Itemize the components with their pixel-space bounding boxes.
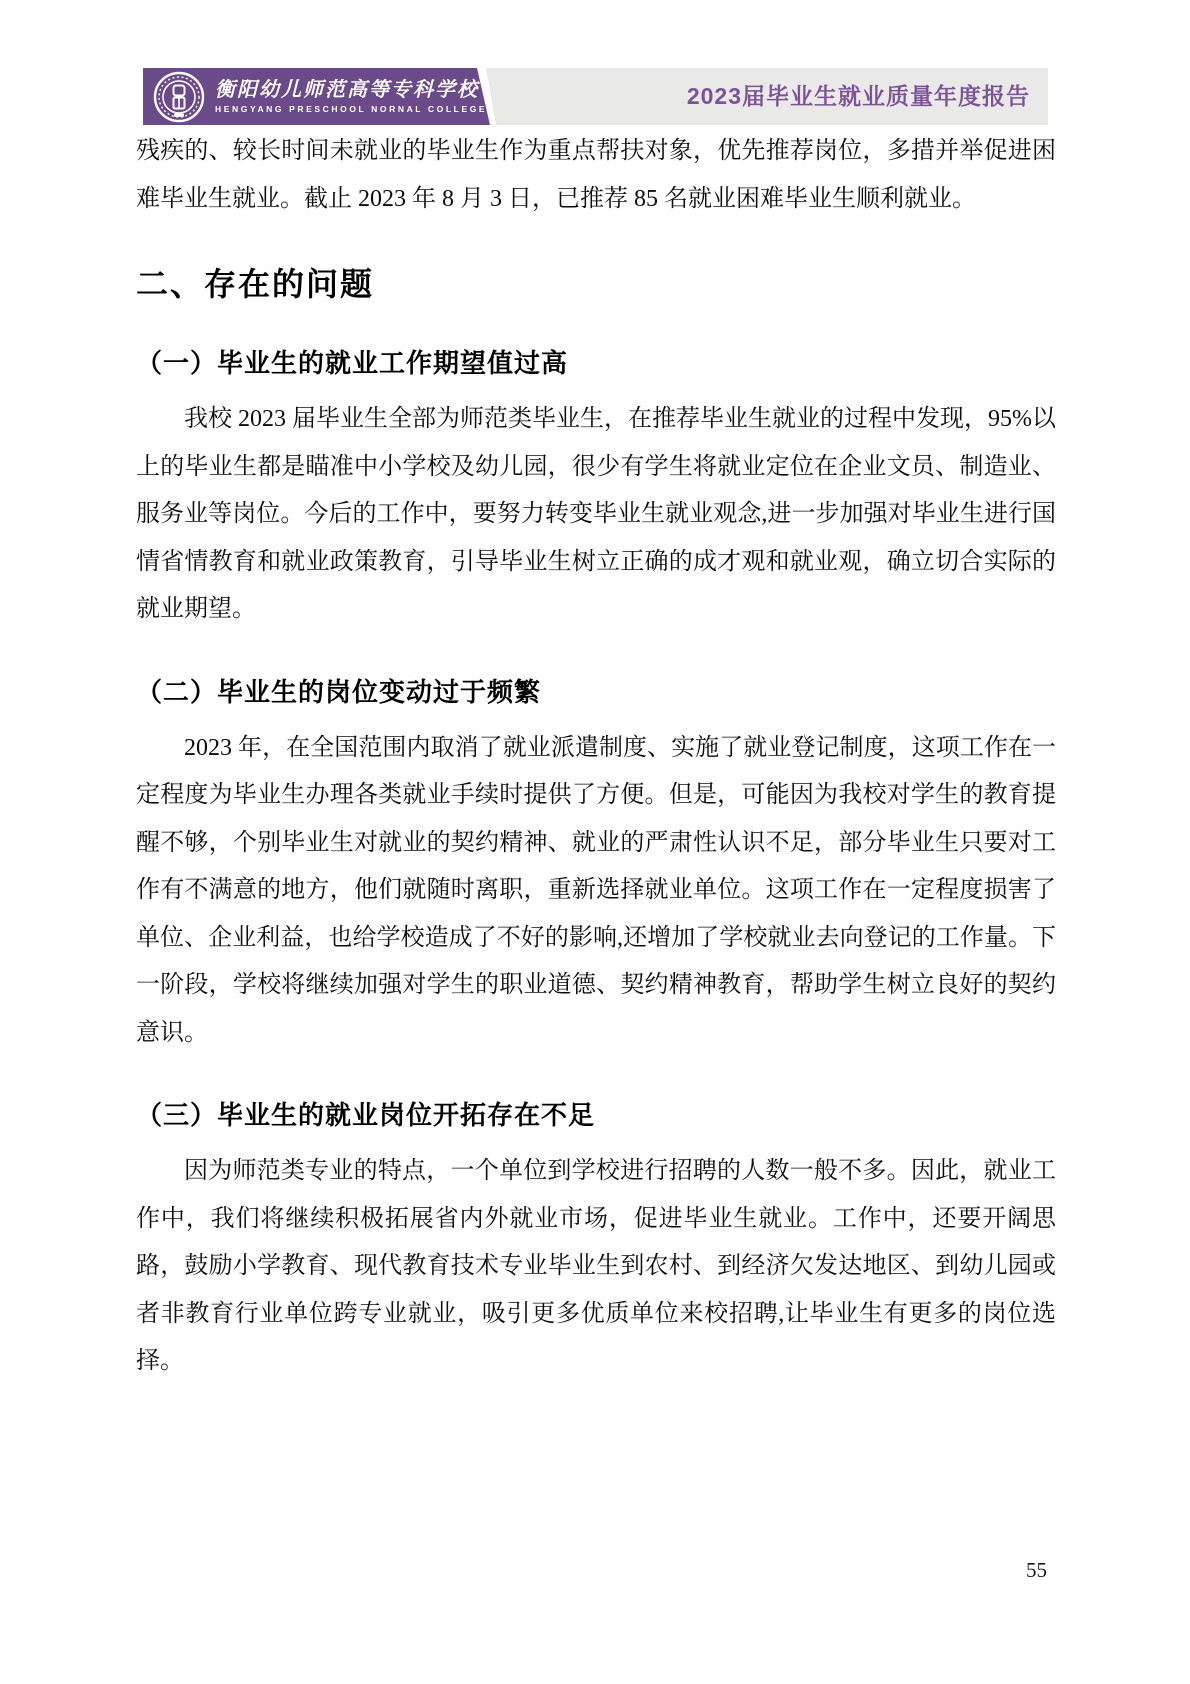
subsection-heading-2: （二）毕业生的岗位变动过于频繁	[136, 672, 1056, 709]
intro-paragraph: 残疾的、较长时间未就业的毕业生作为重点帮扶对象，优先推荐岗位，多措并举促进困难毕…	[136, 128, 1056, 223]
document-content: 残疾的、较长时间未就业的毕业生作为重点帮扶对象，优先推荐岗位，多措并举促进困难毕…	[136, 128, 1056, 1386]
subsection-body-1: 我校 2023 届毕业生全部为师范类毕业生，在推荐毕业生就业的过程中发现，95%…	[136, 396, 1056, 634]
page-number: 55	[1026, 1558, 1047, 1583]
report-title: 2023届毕业生就业质量年度报告	[687, 68, 1030, 125]
subsection-body-3: 因为师范类专业的特点，一个单位到学校进行招聘的人数一般不多。因此，就业工作中，我…	[136, 1148, 1056, 1386]
school-seal-icon	[153, 71, 205, 123]
school-name-cn: 衡阳幼儿师范高等专科学校	[215, 79, 487, 101]
document-page: 衡阳幼儿师范高等专科学校 HENGYANG PRESCHOOL NORNAL C…	[0, 0, 1190, 1684]
subsection-heading-1: （一）毕业生的就业工作期望值过高	[136, 343, 1056, 380]
header-brand-band: 衡阳幼儿师范高等专科学校 HENGYANG PRESCHOOL NORNAL C…	[143, 68, 490, 125]
subsection-body-2: 2023 年，在全国范围内取消了就业派遣制度、实施了就业登记制度，这项工作在一定…	[136, 725, 1056, 1058]
school-name-en: HENGYANG PRESCHOOL NORNAL COLLEGE	[215, 105, 487, 114]
school-name-block: 衡阳幼儿师范高等专科学校 HENGYANG PRESCHOOL NORNAL C…	[215, 79, 487, 114]
subsection-heading-3: （三）毕业生的就业岗位开拓存在不足	[136, 1095, 1056, 1132]
page-header: 衡阳幼儿师范高等专科学校 HENGYANG PRESCHOOL NORNAL C…	[143, 68, 1048, 125]
section-title: 二、存在的问题	[136, 259, 1056, 305]
